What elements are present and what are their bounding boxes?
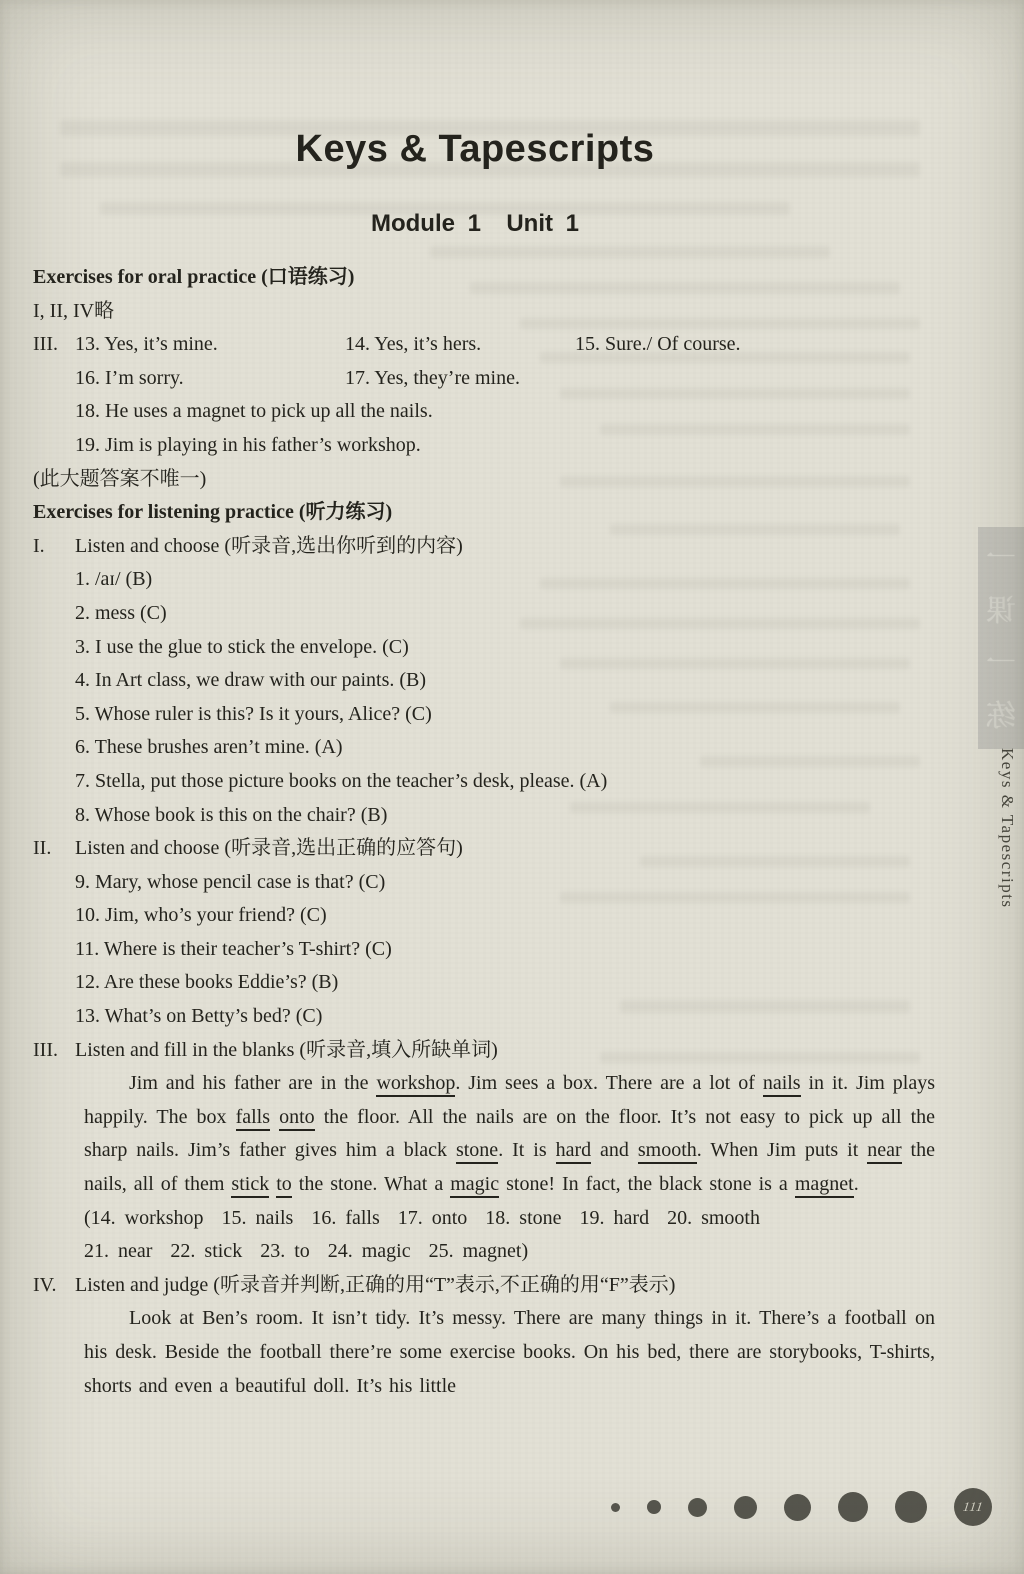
tapescript-item: 2. mess (C) bbox=[75, 597, 938, 631]
passage-text: . When Jim puts it bbox=[697, 1139, 867, 1161]
tapescript-item: 4. In Art class, we draw with our paints… bbox=[75, 664, 938, 698]
blank-word: hard bbox=[556, 1139, 592, 1164]
tapescript-item: 10. Jim, who’s your friend? (C) bbox=[75, 899, 938, 933]
passage-text: stone! In fact, the black stone is a bbox=[499, 1173, 795, 1195]
section-title: Listen and judge (听录音并判断,正确的用“T”表示,不正确的用… bbox=[75, 1269, 938, 1303]
section-label: IV. bbox=[33, 1269, 75, 1303]
footer-dot bbox=[784, 1494, 811, 1521]
passage-text: . Jim sees a box. There are a lot of bbox=[455, 1072, 762, 1094]
tapescript-item: 3. I use the glue to stick the envelope.… bbox=[75, 631, 938, 665]
tapescript-item: 6. These brushes aren’t mine. (A) bbox=[75, 731, 938, 765]
section-title: Listen and choose (听录音,选出你听到的内容) bbox=[75, 530, 938, 564]
oral-skip-note: I, II, IV略 bbox=[33, 295, 938, 329]
blank-word: near bbox=[867, 1139, 901, 1164]
passage-text: Look at Ben’s room. It isn’t tidy. It’s … bbox=[84, 1307, 935, 1396]
answer-item: 16. I’m sorry. bbox=[75, 362, 345, 396]
sidebar-tab: 一课一练 bbox=[978, 527, 1024, 749]
section-label: I. bbox=[33, 530, 75, 564]
blank-word: smooth bbox=[638, 1139, 697, 1164]
answer-item: 18. He uses a magnet to pick up all the … bbox=[75, 395, 938, 429]
tapescript-item: 7. Stella, put those picture books on th… bbox=[75, 765, 938, 799]
answer-item: 13. Yes, it’s mine. bbox=[75, 328, 345, 362]
section-label: II. bbox=[33, 832, 75, 866]
answer-item: 15. Sure./ Of course. bbox=[575, 328, 938, 362]
listening-section-2: II. Listen and choose (听录音,选出正确的应答句) 9. … bbox=[33, 832, 938, 1034]
tapescript-passage: Look at Ben’s room. It isn’t tidy. It’s … bbox=[84, 1302, 935, 1403]
blank-word: nails bbox=[763, 1072, 801, 1097]
scanned-book-page: { "page": { "title": "Keys & Tapescripts… bbox=[0, 0, 1024, 1574]
oral-practice-heading: Exercises for oral practice (口语练习) bbox=[33, 261, 938, 295]
tapescript-item: 9. Mary, whose pencil case is that? (C) bbox=[75, 866, 938, 900]
passage-text: and bbox=[591, 1139, 638, 1161]
footer-dot bbox=[611, 1503, 620, 1512]
footer-dot bbox=[688, 1498, 707, 1517]
passage-text: . It is bbox=[498, 1139, 555, 1161]
module-unit-subtitle: Module 1 Unit 1 bbox=[0, 210, 950, 238]
blank-word: workshop bbox=[376, 1072, 455, 1097]
tapescript-item: 8. Whose book is this on the chair? (B) bbox=[75, 799, 938, 833]
tab-character: 一 bbox=[986, 544, 1016, 574]
footer-dot bbox=[838, 1492, 868, 1522]
blank-word: to bbox=[276, 1173, 292, 1198]
section-title: Listen and fill in the blanks (听录音,填入所缺单… bbox=[75, 1034, 938, 1068]
footer-dots: 111 bbox=[611, 1488, 992, 1526]
bleedthrough-artifact bbox=[430, 246, 830, 258]
passage-text: the stone. What a bbox=[292, 1173, 450, 1195]
page-title: Keys & Tapescripts bbox=[0, 128, 950, 171]
tab-character: 课 bbox=[986, 597, 1016, 627]
section-title: Listen and choose (听录音,选出正确的应答句) bbox=[75, 832, 938, 866]
section-label: III. bbox=[33, 1034, 75, 1068]
tapescript-item: 11. Where is their teacher’s T-shirt? (C… bbox=[75, 933, 938, 967]
answer-item: 14. Yes, it’s hers. bbox=[345, 328, 575, 362]
footer-dot bbox=[895, 1491, 927, 1523]
blank-word: onto bbox=[279, 1106, 315, 1131]
section-label: III. bbox=[33, 328, 75, 362]
page-number: 111 bbox=[962, 1499, 985, 1515]
blank-answers-line: 21. near 22. stick 23. to 24. magic 25. … bbox=[84, 1235, 935, 1269]
listening-section-4: IV. Listen and judge (听录音并判断,正确的用“T”表示,不… bbox=[33, 1269, 938, 1303]
blank-word: stick bbox=[231, 1173, 269, 1198]
tapescript-item: 13. What’s on Betty’s bed? (C) bbox=[75, 1000, 938, 1034]
blank-word: falls bbox=[236, 1106, 270, 1131]
tab-character: 一 bbox=[986, 649, 1016, 679]
blank-word: magic bbox=[450, 1173, 499, 1198]
footer-dot bbox=[647, 1500, 661, 1514]
tapescript-passage: Jim and his father are in the workshop. … bbox=[84, 1067, 935, 1201]
sidebar-vertical-caption: Keys & Tapescripts bbox=[997, 748, 1017, 978]
answer-item: 17. Yes, they’re mine. bbox=[345, 362, 575, 396]
blank-word: stone bbox=[456, 1139, 498, 1164]
listening-section-3: III. Listen and fill in the blanks (听录音,… bbox=[33, 1034, 938, 1068]
passage-text bbox=[270, 1106, 279, 1128]
tapescript-item: 12. Are these books Eddie’s? (B) bbox=[75, 966, 938, 1000]
passage-text: Jim and his father are in the bbox=[129, 1072, 376, 1094]
footer-dot: 111 bbox=[954, 1488, 992, 1526]
tapescript-item: 1. /aɪ/ (B) bbox=[75, 563, 938, 597]
oral-note: (此大题答案不唯一) bbox=[33, 463, 938, 497]
listening-section-1: I. Listen and choose (听录音,选出你听到的内容) 1. /… bbox=[33, 530, 938, 832]
main-content: Exercises for oral practice (口语练习) I, II… bbox=[33, 261, 938, 1403]
listening-practice-heading: Exercises for listening practice (听力练习) bbox=[33, 496, 938, 530]
answer-item: 19. Jim is playing in his father’s works… bbox=[75, 429, 938, 463]
passage-text: . bbox=[854, 1173, 859, 1195]
blank-answers-line: (14. workshop 15. nails 16. falls 17. on… bbox=[84, 1202, 935, 1236]
tapescript-item: 5. Whose ruler is this? Is it yours, Ali… bbox=[75, 698, 938, 732]
footer-dot bbox=[734, 1496, 757, 1519]
blank-word: magnet bbox=[795, 1173, 854, 1198]
oral-section-3: III. 13. Yes, it’s mine. 14. Yes, it’s h… bbox=[33, 328, 938, 462]
tab-character: 练 bbox=[986, 702, 1016, 732]
